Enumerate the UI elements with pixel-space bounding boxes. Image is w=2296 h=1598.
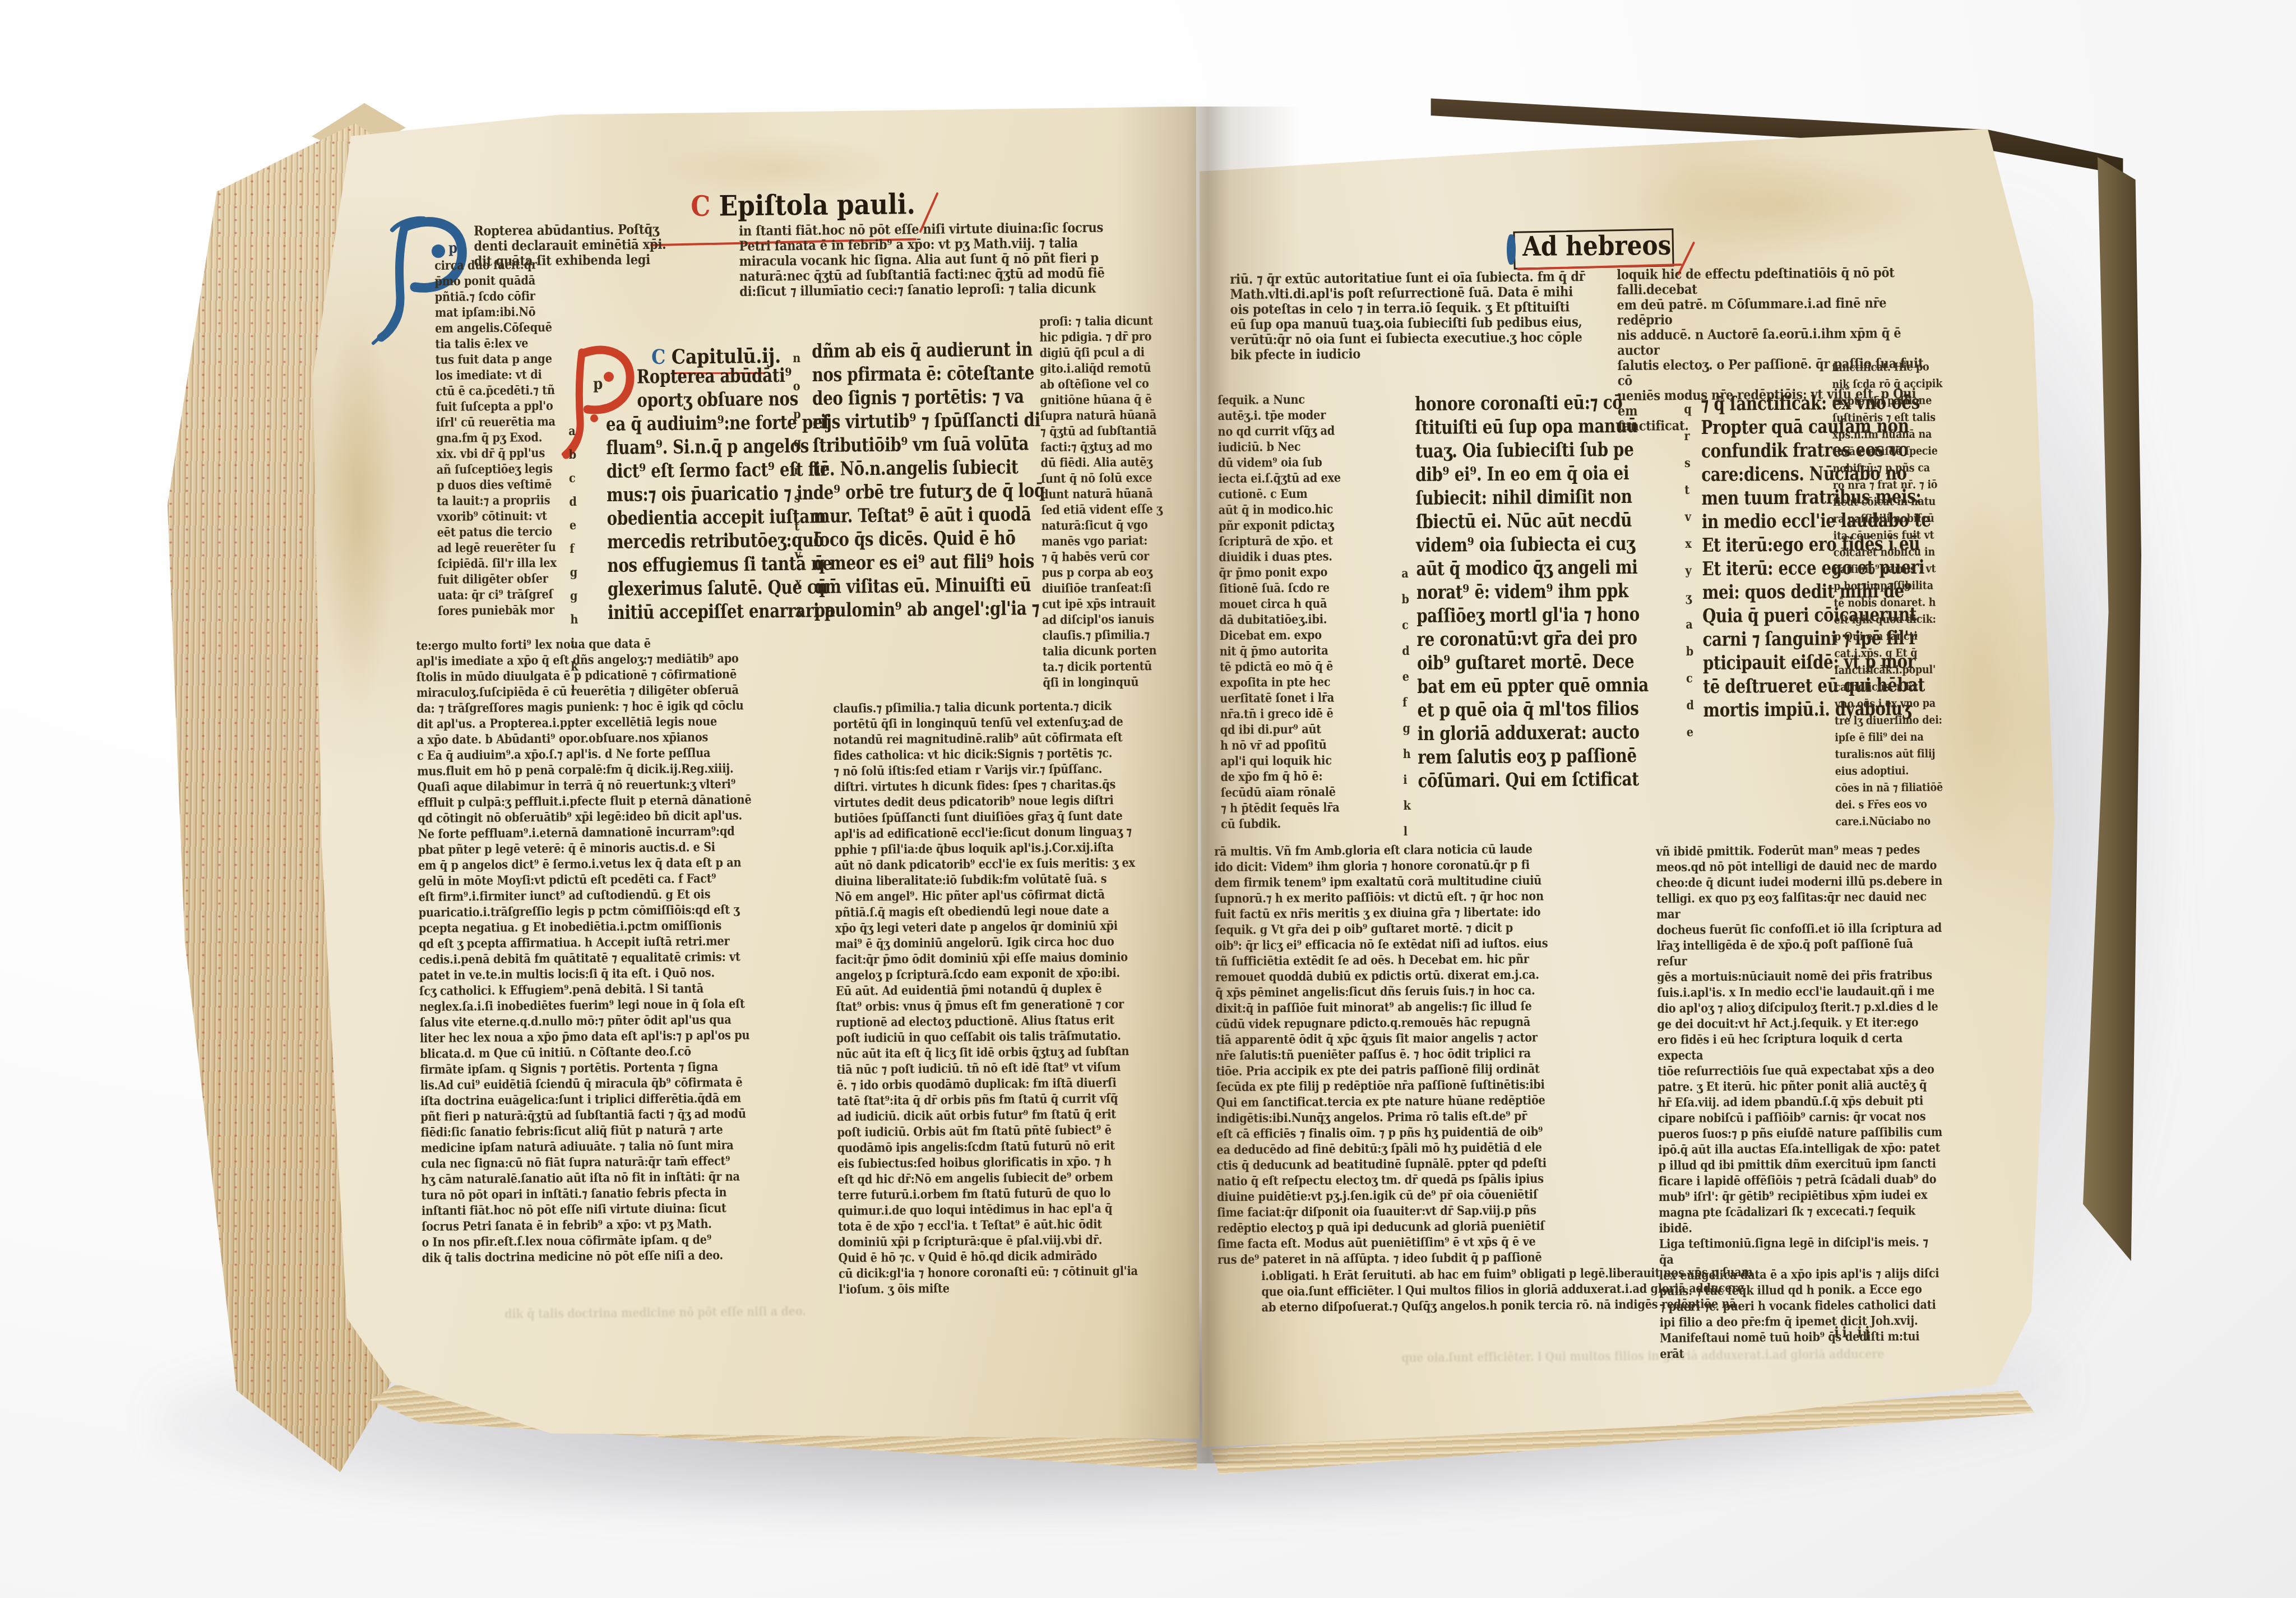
guide-letter: p	[448, 240, 457, 257]
rubric-pilcrow-icon: C	[691, 190, 711, 223]
right-bottom-full-lines: i.obligati. h Erāt ſeruituti. ab hac em …	[1261, 1263, 1913, 1315]
right-page-title: Ad hebreos	[1522, 230, 1672, 262]
right-far-commentary: ſanctificat. Hic po nik ſcda rō q̄ accip…	[1832, 358, 1954, 830]
left-page-title-text: Epiſtola pauli.	[719, 187, 915, 222]
left-bottom-column-2: clauſis.⁊ pſimilia.⁊ talia dicunk porten…	[833, 698, 1184, 1297]
left-bible-column-b: dñm ab eis q̄ audierunt in nos pfirmata …	[812, 338, 1053, 622]
left-bible-column-a: Ropterea abūdāti⁹ oportʒ obſuare nos ea …	[605, 363, 847, 625]
left-bottom-column-1: te:ergo multo forti⁹ lex noua que data ē…	[416, 634, 812, 1266]
initial-dot	[590, 414, 598, 422]
left-narrow-column: circa duo facit:q̄r p̄mo ponit quādā pñt…	[434, 257, 568, 619]
right-top-block-left: riū. ⁊ q̄r extūc autoritatiue ſunt ei oī…	[1230, 269, 1591, 362]
left-page-title: C Epiſtola pauli.	[691, 187, 915, 223]
guide-letter: p	[593, 375, 603, 393]
right-bible-column-1: honore coronaſti eū:⁊ cō ſtituiſti eū ſu…	[1415, 390, 1675, 793]
photo-background: C Epiſtola pauli. p Ropterea abūdantius.…	[0, 0, 2296, 1598]
quire-signature: ii ij	[1834, 1324, 1873, 1341]
initial-dot	[432, 244, 445, 258]
right-narrow-column: ſequik. a Nunc autēʒ.i. tp̄e moder no qd…	[1218, 391, 1399, 832]
blue-rubric-mark-icon	[1507, 234, 1516, 265]
left-top-block-b: in ſtanti fiāt.hoc nō pōt eſſe niſi virt…	[739, 219, 1134, 299]
right-bottom-column-1: rā multis. Vñ fm Amb.gloria eſt clara no…	[1214, 840, 1612, 1268]
left-side-commentary: proſi: ⁊ talia dicunt hic pdigia. ⁊ dr̄ …	[1039, 313, 1176, 691]
